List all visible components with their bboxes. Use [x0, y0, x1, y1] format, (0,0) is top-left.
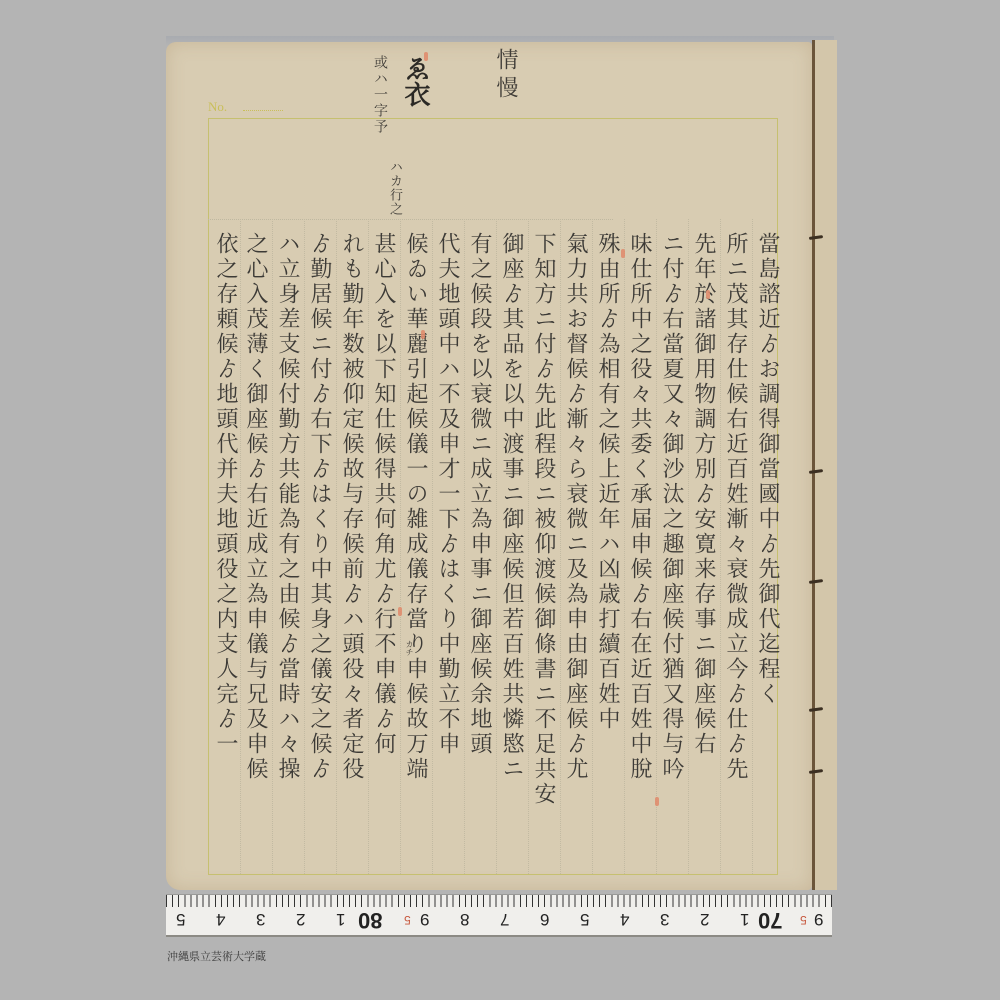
red-correction-mark	[655, 797, 659, 806]
text-column: れも勤年数被仰定候故与存候前ゟハ頭役々者定役	[336, 232, 366, 782]
measuring-ruler: 5 4 3 2 1 80 5 9 8 7 6 5 4 3 2 1 70 5 9	[166, 894, 832, 937]
annotation-note: 或ハ一字予	[370, 55, 390, 135]
ruler-label: 5	[404, 913, 411, 927]
ruler-label: 2	[700, 909, 709, 929]
ruler-label: 80	[358, 907, 382, 933]
ruler-label: 9	[814, 909, 823, 929]
red-correction-mark	[424, 52, 428, 61]
text-column: ニ付ゟ右當夏又々御沙汰之趣御座候付猶又得与吟	[656, 232, 686, 782]
ruler-label: 7	[500, 909, 509, 929]
binding-edge	[812, 40, 815, 890]
ruler-label: 1	[336, 909, 345, 929]
page-number-line	[243, 110, 283, 111]
ruler-label: 1	[740, 909, 749, 929]
text-column: 之心入茂薄く御座候ゟ右近成立為申儀与兄及申候	[240, 232, 270, 782]
text-column: 有之候段を以衰微ニ成立為申事ニ御座候余地頭	[464, 232, 494, 757]
ruler-label: 2	[296, 909, 305, 929]
annotation-top-right: 情慢	[490, 48, 521, 104]
red-correction-mark	[621, 249, 625, 258]
annotation-correction: ゑ衣	[397, 55, 434, 107]
text-column: 代夫地頭中ハ不及申才一下ゟはくり中勤立不申	[432, 232, 462, 757]
text-column: ハ立身差支候付勤方共能為有之由候ゟ當時ハ々操	[272, 232, 302, 782]
ruler-label: 5	[580, 909, 589, 929]
ruler-label: 4	[620, 909, 629, 929]
text-column: ゟ勤居候ニ付ゟ右下ゟはくり中其身之儀安之候ゟ	[304, 232, 334, 782]
ruler-label: 3	[660, 909, 669, 929]
text-column: 味仕所中之役々共委く承届申候ゟ右在近百姓中脫	[624, 232, 654, 782]
page-number-label: No.	[208, 99, 227, 115]
ruler-label: 9	[420, 909, 429, 929]
text-column: 當島諮近ゟお調得御當國中ゟ先御代迄程く	[752, 232, 782, 707]
red-correction-mark	[706, 290, 710, 299]
ruler-label: 5	[800, 913, 807, 927]
text-column: 下知方ニ付ゟ先此程段ニ被仰渡候御條書ニ不足共安	[528, 232, 558, 807]
annotation-note-2: ハカ行之	[385, 160, 404, 216]
collection-caption: 沖縄県立芸術大学蔵	[167, 948, 266, 964]
red-correction-mark	[398, 607, 402, 616]
text-column: 先年於諸御用物調方別ゟ安寛来存事ニ御座候右	[688, 232, 718, 757]
text-column: 氣力共お督候ゟ漸々ら衰微ニ及為申由御座候ゟ尤	[560, 232, 590, 782]
text-column: 御座ゟ其品を以中渡事ニ御座候但若百姓共憐愍ニ	[496, 232, 526, 782]
ruler-label: 4	[216, 909, 225, 929]
text-column: 候ゐい華麗引起候儀一の雑成儀存當り申候故万端	[400, 232, 430, 782]
red-correction-mark	[421, 330, 425, 339]
next-page-edge	[812, 40, 837, 890]
ruler-label: 5	[176, 909, 185, 929]
text-column: 甚心入を以下知仕候得共何角尤ゟ行不申儀ゟ何	[368, 232, 398, 757]
grid-top-rule	[208, 219, 613, 220]
text-column: 依之存頼候ゟ地頭代并夫地頭役之内支人完ゟ一	[210, 232, 240, 757]
ruler-label: 6	[540, 909, 549, 929]
ruler-label: 3	[256, 909, 265, 929]
ruler-label: 70	[758, 907, 782, 933]
text-column: 所ニ茂其存仕候右近百姓漸々衰微成立今ゟ仕ゟ先	[720, 232, 750, 782]
text-column: 殊由所ゟ為相有之候上近年ハ凶歳打續百姓中	[592, 232, 622, 732]
ruler-ticks	[166, 895, 832, 907]
ruler-label: 8	[460, 909, 469, 929]
